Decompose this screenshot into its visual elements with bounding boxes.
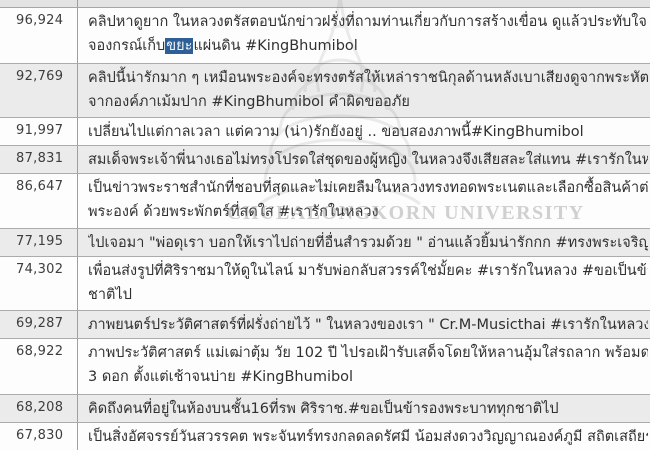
retweet-table-body: 96,924คลิปหาดูยาก ในหลวงตรัสตอบนักข่าวฝร… <box>0 8 650 450</box>
table-row: 67,830เป็นสิ่งอัศจรรย์วันสวรรคต พระจันทร… <box>0 423 650 450</box>
table-row-partial <box>0 0 650 8</box>
table-row: 69,287ภาพยนตร์ประวัติศาสตร์ที่ฝรั่งถ่ายไ… <box>0 311 650 339</box>
tweet-text-line: ชาติไป <box>88 283 648 307</box>
tweet-text: เพื่อนส่งรูปที่ศิริราชมาให้ดูในไลน์ มารั… <box>78 257 650 310</box>
retweet-count: 68,208 <box>0 395 78 422</box>
table-row: 87,831สมเด็จพระเจ้าพี่นางเธอไม่ทรงโปรดใส… <box>0 146 650 174</box>
tweet-text-line: เป็นสิ่งอัศจรรย์วันสวรรคต พระจันทร์ทรงกล… <box>88 425 648 449</box>
tweet-text: คลิปหาดูยาก ในหลวงตรัสตอบนักข่าวฝรั่งที่… <box>78 8 650 63</box>
tweet-text: เป็นข่าวพระราชสำนักที่ชอบที่สุดและไม่เคย… <box>78 174 650 228</box>
tweet-text-line: ภาพยนตร์ประวัติศาสตร์ที่ฝรั่งถ่ายไว้ " ใ… <box>88 313 648 337</box>
table-row: 77,195ไปเจอมา "พ่อดุเรา บอกให้เราไปถ่ายท… <box>0 229 650 257</box>
count-column-stub <box>0 0 78 7</box>
table-row: 96,924คลิปหาดูยาก ในหลวงตรัสตอบนักข่าวฝร… <box>0 8 650 64</box>
retweet-count: 96,924 <box>0 8 78 63</box>
retweet-count: 68,922 <box>0 339 78 394</box>
retweet-count: 67,830 <box>0 423 78 450</box>
tweet-text-line: คิดถึงคนที่อยู่ในห้องบนชั้น16ที่รพ ศิริร… <box>88 397 648 421</box>
retweet-count: 77,195 <box>0 229 78 256</box>
tweet-text-line: คลิปหาดูยาก ในหลวงตรัสตอบนักข่าวฝรั่งที่… <box>88 10 648 34</box>
tweet-text: เปลี่ยนไปแต่กาลเวลา แต่ความ (น่า)รักยังอ… <box>78 118 650 145</box>
highlighted-keyword: ขยะ <box>165 38 193 54</box>
tweet-text: ภาพประวัติศาสตร์ แม่เฒ่าตุ้ม วัย 102 ปี … <box>78 339 650 394</box>
tweet-text-line: ภาพประวัติศาสตร์ แม่เฒ่าตุ้ม วัย 102 ปี … <box>88 341 648 365</box>
tweet-text-line: ไปเจอมา "พ่อดุเรา บอกให้เราไปถ่ายที่อื่น… <box>88 231 648 255</box>
table-row: 92,769คลิปนี้น่ารักมาก ๆ เหมือนพระองค์จะ… <box>0 64 650 118</box>
table-row: 68,208คิดถึงคนที่อยู่ในห้องบนชั้น16ที่รพ… <box>0 395 650 423</box>
table-row: 74,302เพื่อนส่งรูปที่ศิริราชมาให้ดูในไลน… <box>0 257 650 311</box>
tweet-text-line: พระองค์ ด้วยพระพักตร์ที่สดใส #เรารักในหล… <box>88 200 648 224</box>
tweet-text: คลิปนี้น่ารักมาก ๆ เหมือนพระองค์จะทรงตรั… <box>78 64 650 117</box>
tweet-text-line: เปลี่ยนไปแต่กาลเวลา แต่ความ (น่า)รักยังอ… <box>88 120 648 144</box>
tweet-text: เป็นสิ่งอัศจรรย์วันสวรรคต พระจันทร์ทรงกล… <box>78 423 650 450</box>
retweet-count: 74,302 <box>0 257 78 310</box>
tweet-text-line: เพื่อนส่งรูปที่ศิริราชมาให้ดูในไลน์ มารั… <box>88 259 648 283</box>
retweet-count: 91,997 <box>0 118 78 145</box>
tweet-text-line: เป็นข่าวพระราชสำนักที่ชอบที่สุดและไม่เคย… <box>88 176 648 200</box>
retweet-count: 69,287 <box>0 311 78 338</box>
tweet-text-line: จากองค์ภาเม้มปาก #KingBhumibol คำผิดขออภ… <box>88 90 648 114</box>
tweet-text-line: คลิปนี้น่ารักมาก ๆ เหมือนพระองค์จะทรงตรั… <box>88 66 648 90</box>
document-page: 96,924คลิปหาดูยาก ในหลวงตรัสตอบนักข่าวฝร… <box>0 0 650 450</box>
table-row: 86,647เป็นข่าวพระราชสำนักที่ชอบที่สุดและ… <box>0 174 650 229</box>
tweet-text: ภาพยนตร์ประวัติศาสตร์ที่ฝรั่งถ่ายไว้ " ใ… <box>78 311 650 338</box>
retweet-count: 92,769 <box>0 64 78 117</box>
tweet-text-line: สมเด็จพระเจ้าพี่นางเธอไม่ทรงโปรดใส่ชุดขอ… <box>88 148 648 172</box>
retweet-table: 96,924คลิปหาดูยาก ในหลวงตรัสตอบนักข่าวฝร… <box>0 0 650 450</box>
tweet-text-line: 3 ดอก ตั้งแต่เช้าจนบ่าย #KingBhumibol <box>88 365 648 389</box>
tweet-text: สมเด็จพระเจ้าพี่นางเธอไม่ทรงโปรดใส่ชุดขอ… <box>78 146 650 173</box>
retweet-count: 87,831 <box>0 146 78 173</box>
tweet-text: ไปเจอมา "พ่อดุเรา บอกให้เราไปถ่ายที่อื่น… <box>78 229 650 256</box>
tweet-text-line: จองกรณ์เก็บขยะแผ่นดิน #KingBhumibol <box>88 34 648 58</box>
text-segment: จองกรณ์เก็บ <box>88 38 165 54</box>
table-row: 68,922ภาพประวัติศาสตร์ แม่เฒ่าตุ้ม วัย 1… <box>0 339 650 395</box>
table-row: 91,997เปลี่ยนไปแต่กาลเวลา แต่ความ (น่า)ร… <box>0 118 650 146</box>
text-segment: แผ่นดิน #KingBhumibol <box>193 38 357 54</box>
tweet-text: คิดถึงคนที่อยู่ในห้องบนชั้น16ที่รพ ศิริร… <box>78 395 650 422</box>
retweet-count: 86,647 <box>0 174 78 228</box>
